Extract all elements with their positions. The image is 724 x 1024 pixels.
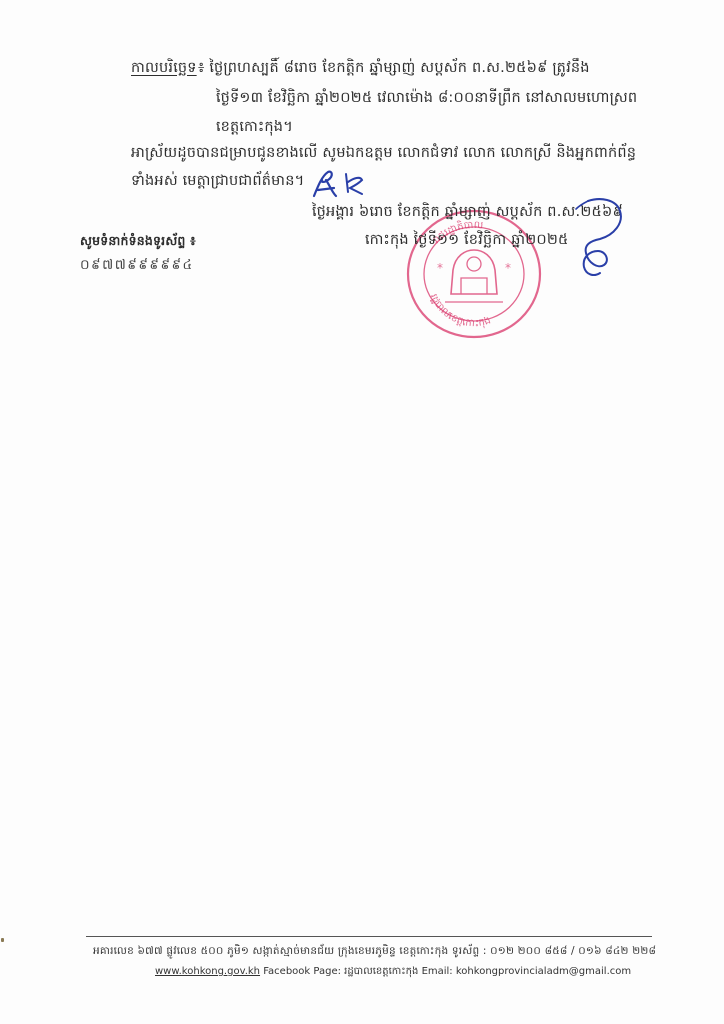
svg-text:*: * [437, 261, 443, 275]
footer-address: អគារលេខ ៦៧៧ ផ្លូវលេខ ៥០០ ភូមិ១ សង្កាត់ស្… [93, 945, 656, 960]
meeting-time-line-1: ៖ ថ្ងៃព្រហស្បតិ៍ ៨រោច ខែកត្តិក ឆ្នាំម្សា… [198, 59, 590, 80]
meeting-time-label-text: កាលបរិច្ឆេទ [131, 60, 197, 76]
meeting-time-text-1: ថ្ងៃព្រហស្បតិ៍ ៨រោច ខែកត្តិក ឆ្នាំម្សាញ់… [209, 60, 589, 76]
body-paragraph-line-2: ទាំងអស់ មេត្តាជ្រាបជាព័ត៌មាន។ [131, 172, 304, 193]
lunar-date-line: ថ្ងៃអង្គារ ៦រោច ខែកត្តិក ឆ្នាំម្សាញ់ សប្… [312, 203, 623, 224]
initials-signature-icon [308, 166, 368, 202]
website-link[interactable]: www.kohkong.gov.kh [155, 966, 260, 977]
solar-date-line: កោះកុង ថ្ងៃទី១១ ខែវិច្ឆិកា ឆ្នាំ២០២៥ [365, 231, 568, 252]
contact-phone: ០៩៧៧៩៩៩៩៩៤ [80, 256, 194, 276]
meeting-time-line-3: ខេត្តកោះកុង។ [216, 118, 293, 139]
document-page: កាលបរិច្ឆេទ ៖ ថ្ងៃព្រហស្បតិ៍ ៨រោច ខែកត្ត… [0, 0, 724, 1024]
svg-text:*: * [505, 261, 511, 275]
official-stamp-icon: * * រាជរដ្ឋាភិបាល រដ្ឋបាលខេត្តកោះកុង [405, 208, 543, 340]
meeting-time-label: កាលបរិច្ឆេទ [131, 59, 197, 80]
meeting-time-line-2: ថ្ងៃទី១៣ ខែវិច្ឆិកា ឆ្នាំ២០២៥ វេលាម៉ោង ៨… [216, 89, 637, 110]
scan-speck [1, 938, 4, 942]
email-address[interactable]: kohkongprovincialadm@gmail.com [456, 966, 631, 977]
svg-text:រដ្ឋបាលខេត្តកោះកុង: រដ្ឋបាលខេត្តកោះកុង [427, 292, 492, 329]
email-label: Email: [422, 966, 453, 977]
footer-divider [86, 936, 652, 937]
contact-label: សូមទំនាក់ទំនងទូរស័ព្ទ ៖ [80, 233, 196, 252]
facebook-label: Facebook Page: [263, 966, 341, 977]
stamp-text-bottom: រដ្ឋបាលខេត្តកោះកុង [427, 292, 492, 329]
facebook-page: រដ្ឋបាលខេត្តកោះកុង [344, 966, 418, 977]
footer-web-line: www.kohkong.gov.kh Facebook Page: រដ្ឋបា… [155, 964, 631, 979]
body-paragraph-line-1: អាស្រ័យដូចបានជម្រាបជូនខាងលើ សូមឯកឧត្តម ល… [131, 144, 636, 165]
meeting-separator: ៖ [198, 60, 205, 76]
